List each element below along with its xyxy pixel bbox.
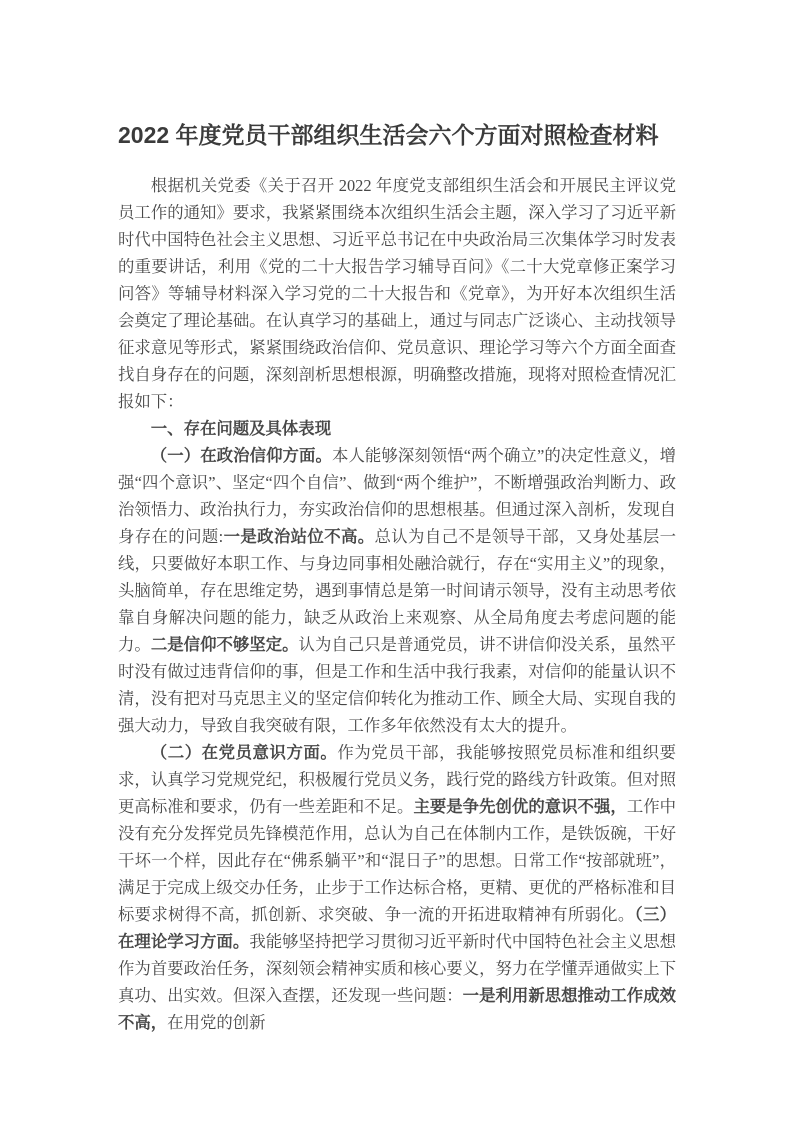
section-heading: 一、存在问题及具体表现 [118, 415, 676, 442]
text-run: （一）在政治信仰方面。 [151, 446, 332, 465]
text-run: 工作中没有充分发挥党员先锋模范作用，总认为自己在体制内工作，是铁饭碗，干好干坏一… [118, 797, 676, 924]
text-run: 一是政治站位不高。 [223, 527, 374, 546]
paragraph-party-member-awareness: （二）在党员意识方面。作为党员干部，我能够按照党员标准和组织要求，认真学习党规党… [118, 739, 676, 1036]
document-content: 2022 年度党员干部组织生活会六个方面对照检查材料 根据机关党委《关于召开 2… [118, 112, 676, 1036]
text-run: 在用党的创新 [167, 1013, 265, 1032]
document-title: 2022 年度党员干部组织生活会六个方面对照检查材料 [118, 112, 676, 158]
text-run: 二是信仰不够坚定。 [151, 635, 299, 654]
paragraph-intro: 根据机关党委《关于召开 2022 年度党支部组织生活会和开展民主评议党员工作的通… [118, 172, 676, 415]
document-body: 根据机关党委《关于召开 2022 年度党支部组织生活会和开展民主评议党员工作的通… [118, 172, 676, 1036]
text-run: 根据机关党委《关于召开 2022 年度党支部组织生活会和开展民主评议党员工作的通… [118, 176, 676, 411]
paragraph-political-belief: （一）在政治信仰方面。本人能够深刻领悟“两个确立”的决定性意义，增强“四个意识”… [118, 442, 676, 739]
text-run: 一、存在问题及具体表现 [151, 419, 331, 438]
text-run: 主要是争先创优的意识不强， [413, 797, 626, 816]
text-run: （二）在党员意识方面。 [151, 743, 338, 762]
document-page: 2022 年度党员干部组织生活会六个方面对照检查材料 根据机关党委《关于召开 2… [0, 0, 793, 1122]
